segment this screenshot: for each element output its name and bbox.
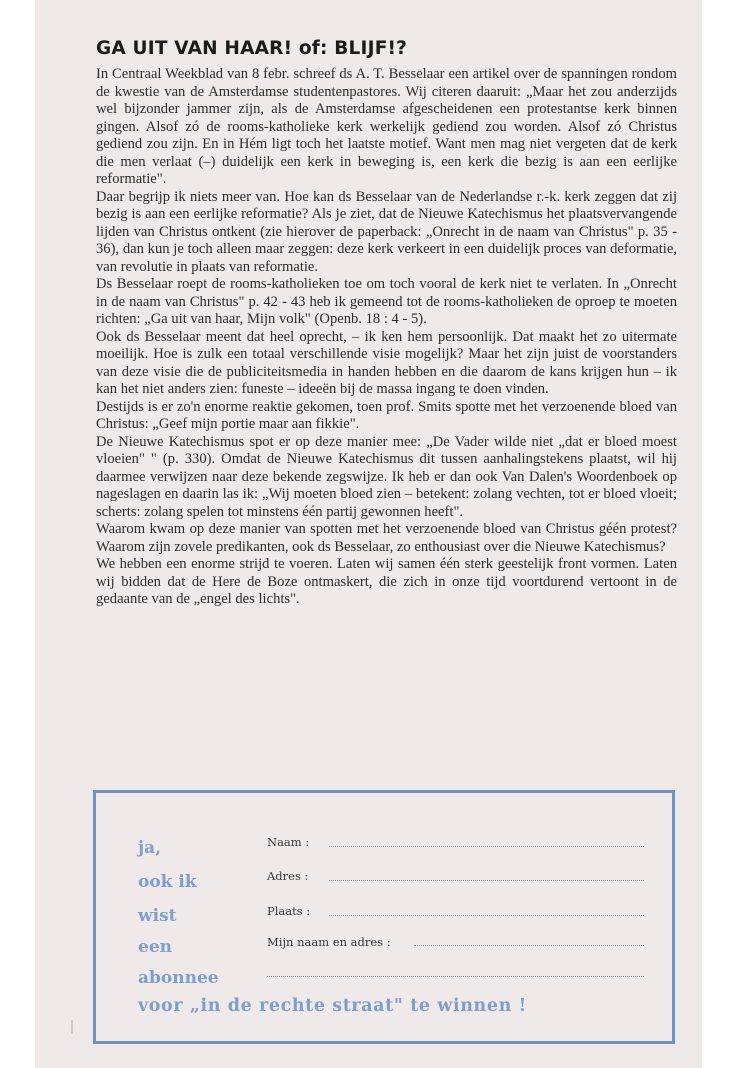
coupon-slogan-line: ja, (138, 838, 161, 858)
article-paragraph: Ds Besselaar roept de rooms-katholieken … (96, 276, 677, 329)
article-paragraph: De Nieuwe Katechismus spot er op deze ma… (96, 434, 677, 522)
scan-artifact (71, 1020, 73, 1034)
magazine-page: GA UIT VAN HAAR! of: BLIJF!? In Centraal… (35, 0, 702, 1068)
article-paragraph: Destijds is er zo'n enorme reaktie gekom… (96, 399, 677, 434)
city-field-label: Plaats : (267, 904, 310, 918)
name-field[interactable] (329, 846, 644, 847)
coupon-slogan-line: een (138, 937, 172, 957)
article-paragraph: Waarom kwam op deze manier van spotten m… (96, 521, 677, 556)
coupon-slogan-line: abonnee (138, 968, 219, 988)
subscription-coupon: ja, ook ik wist een abonnee voor „in de … (93, 790, 675, 1044)
my-name-address-field-label: Mijn naam en adres : (267, 935, 391, 949)
my-name-address-field[interactable] (414, 945, 644, 946)
article-paragraph: Ook ds Besselaar meent dat heel oprecht,… (96, 329, 677, 399)
article-paragraph: Daar begrijp ik niets meer van. Hoe kan … (96, 189, 677, 277)
article-paragraph: We hebben een enorme strijd te voeren. L… (96, 556, 677, 609)
article-title: GA UIT VAN HAAR! of: BLIJF!? (96, 38, 407, 59)
article-body: In Centraal Weekblad van 8 febr. schreef… (96, 66, 677, 609)
coupon-slogan-final: voor „in de rechte straat" te winnen ! (138, 996, 527, 1016)
coupon-slogan-line: wist (138, 906, 177, 926)
article-paragraph: In Centraal Weekblad van 8 febr. schreef… (96, 66, 677, 189)
address-field[interactable] (329, 880, 644, 881)
city-field[interactable] (329, 915, 644, 916)
my-name-address-extra-line[interactable] (267, 976, 644, 977)
name-field-label: Naam : (267, 835, 309, 849)
address-field-label: Adres : (267, 869, 308, 883)
coupon-slogan-line: ook ik (138, 872, 197, 892)
